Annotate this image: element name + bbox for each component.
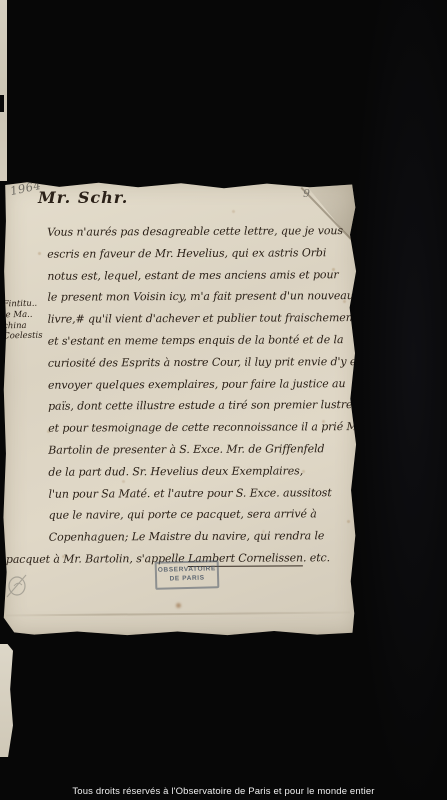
letter-line: de la part dud. Sr. Hevelius deux Exempl…: [2, 460, 360, 484]
letter-line: l'un pour Sa Maté. et l'autre pour S. Ex…: [2, 482, 360, 506]
backing-cloth-texture: [352, 0, 447, 800]
horizontal-crease: [6, 611, 350, 616]
copyright-footer: Tous droits réservés à l'Observatoire de…: [0, 784, 447, 799]
letter-body: Vous n'aurés pas desagreable cette lettr…: [1, 220, 361, 571]
letter-line-segment: . etc.: [303, 551, 330, 564]
letter-line: envoyer quelques exemplaires, pour faire…: [2, 373, 360, 397]
letter-line: et s'estant en meme temps enquis de la b…: [2, 329, 360, 353]
archive-photo: 1964 9 Mr. Schr. Fintitu.. le Ma.. china…: [0, 0, 447, 800]
letter-line: Copenhaguen; Le Maistre du navire, qui r…: [3, 525, 361, 549]
letter-line: escris en faveur de Mr. Hevelius, qui ex…: [1, 242, 359, 266]
letter-line: Bartolin de presenter à S. Exce. Mr. de …: [2, 438, 360, 462]
letter-line: Vous n'aurés pas desagreable cette lettr…: [1, 220, 359, 244]
letter-line: le present mon Voisin icy, m'a fait pres…: [1, 285, 359, 309]
stamp-line: DE PARIS: [157, 574, 217, 584]
letter-page: 1964 9 Mr. Schr. Fintitu.. le Ma.. china…: [2, 180, 360, 636]
page-edge-notch: [0, 95, 4, 112]
page-number-annotation: 9: [303, 187, 310, 200]
letter-line: curiosité des Esprits à nostre Cour, il …: [2, 351, 360, 375]
letter-line: livre,# qu'il vient d'achever et publier…: [2, 307, 360, 331]
observatoire-de-paris-stamp: OBSERVATOIRE DE PARIS: [155, 560, 220, 590]
letter-line: que le navire, qui porte ce pacquet, ser…: [3, 503, 361, 527]
adjacent-page-edge-top: [0, 0, 7, 181]
letter-line: païs, dont cette illustre estude a tiré …: [2, 394, 360, 418]
stamp-line: OBSERVATOIRE: [157, 565, 217, 575]
letter-line: et pour tesmoignage de cette reconnoissa…: [2, 416, 360, 440]
letter-line: notus est, lequel, estant de mes anciens…: [1, 264, 359, 288]
adjacent-page-edge-bottom: [0, 644, 13, 757]
letter-salutation: Mr. Schr.: [38, 188, 128, 207]
pencil-paraph-icon: [5, 572, 31, 599]
